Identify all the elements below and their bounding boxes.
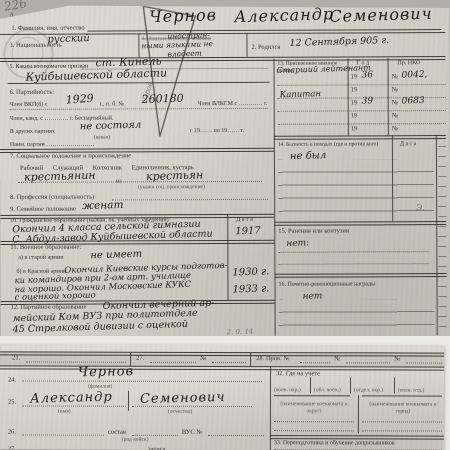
rule: [274, 430, 354, 431]
year-value: 39: [362, 96, 374, 106]
rule: [112, 199, 268, 201]
field28-label: 28. Пров. №: [256, 355, 289, 363]
field1-label: 1. Фамилия, имя, отчество: [11, 25, 84, 33]
scanned-registration-card-page: 226 4 Пров. 1. Фамилия, имя, отчество Че…: [0, 0, 450, 450]
rule: [278, 110, 446, 112]
nationality-value: русский: [47, 33, 90, 45]
voenkomat-okrug-sublabel: (наименование военкомата и округ): [274, 401, 354, 414]
field6-line3-years-label: с 19…… по 19…… г.: [190, 128, 244, 135]
rule: [278, 84, 446, 86]
name-handwritten: Александр: [234, 4, 334, 26]
surname-handwritten: Чернов: [149, 5, 217, 26]
order-value: 0683: [402, 96, 425, 107]
field11a-label: а) в старой армии: [18, 255, 63, 262]
rule: [274, 135, 446, 140]
ruled-lines: [438, 137, 447, 333]
zapasa-label: запаса: [148, 446, 166, 450]
order-prefix: №: [392, 125, 398, 133]
rule: [362, 421, 442, 422]
year-prefix: 19: [351, 86, 358, 94]
year-prefix: 19: [351, 112, 358, 120]
field9-label: 9. Семейное положение: [10, 206, 76, 214]
rule: [250, 353, 251, 366]
field14-date-header: Д а т а: [400, 141, 417, 148]
rule: [278, 251, 428, 253]
uchet-col4-label: (воен. отд.): [398, 387, 424, 394]
field10-date-header: Д а т а: [236, 217, 253, 224]
number-sign: №: [334, 355, 340, 363]
field26-label: 26.: [8, 428, 16, 436]
field27b-label: 27.: [8, 445, 16, 450]
wounds-value: нет:: [286, 238, 309, 249]
field2-label: 2. Родился: [251, 44, 280, 52]
rule: [270, 435, 444, 439]
rule: [350, 377, 351, 393]
order-value: 0042,: [401, 70, 427, 81]
pencil-mark: Э.: [416, 203, 425, 212]
page-number-pencil: 226: [3, 0, 28, 14]
rule: [22, 434, 104, 435]
rule: [358, 395, 359, 433]
rule: [246, 33, 247, 57]
otherparties-value: не состоял: [80, 120, 142, 133]
party-number-value: 260180: [141, 92, 183, 106]
rule: [128, 391, 129, 411]
rule: [227, 214, 228, 240]
rule: [278, 123, 446, 125]
rule: [132, 435, 178, 436]
year-prefix: 19: [351, 99, 358, 107]
field6-otherparties-label: В других партиях: [10, 129, 55, 136]
rod-voysk-sublabel: (род войск): [122, 437, 149, 444]
number-sign: №: [394, 355, 400, 363]
rule: [300, 362, 330, 363]
rule: [150, 362, 196, 363]
order-prefix: №: [392, 112, 398, 120]
rule: [0, 56, 446, 62]
surname2-value: Чернов: [78, 364, 134, 380]
rule: [87, 29, 441, 32]
marital-status-value: женат: [82, 199, 124, 212]
field15-label: 15. Ранения или контузии: [278, 227, 349, 235]
languages-line3: владеет: [167, 49, 202, 59]
rule: [274, 221, 446, 226]
field32-label: 32. Где на учете: [276, 370, 320, 378]
field11-label: 11. Военное образование:: [10, 244, 81, 252]
rule: [22, 380, 262, 382]
rule: [310, 377, 311, 393]
ruled-lines: [279, 299, 435, 336]
main-card: Пров. 1. Фамилия, имя, отчество Чернов А…: [0, 1, 450, 339]
uchet-col2-label: (обл. воен.): [314, 387, 341, 394]
secondary-card: 21. 27. № 28. Пров. № № № 24. Чернов (фа…: [0, 344, 444, 450]
red-army-date1: 1930 г.: [232, 266, 269, 278]
order-prefix: №: [392, 86, 398, 94]
rule: [346, 362, 390, 363]
field33-label: 33. Переподготовка и обучение допризывни…: [274, 440, 395, 448]
order-prefix: №: [392, 99, 398, 107]
rule: [18, 181, 262, 183]
rule: [278, 263, 428, 265]
voenkomat-gorod-sublabel: (наименование военкомата и город): [364, 401, 442, 414]
rule: [406, 362, 442, 363]
ruled-lines: [278, 159, 434, 222]
field21-label: 21.: [12, 354, 20, 362]
rule: [22, 405, 126, 406]
rule: [274, 395, 350, 396]
rule: [138, 33, 139, 57]
rule: [227, 240, 228, 300]
field14-label: 14. Бытность в походах (где и против ког…: [278, 141, 378, 148]
order-prefix: №: [392, 73, 398, 81]
vus-label: ВУС №: [182, 429, 203, 437]
field7-label: 7. Социальное положение и происхождение: [10, 152, 131, 160]
red-army-date2: 1933 г.: [232, 283, 269, 295]
field24-label: 24.: [8, 376, 16, 384]
field6-kakaya-sublabel: (какая): [94, 135, 110, 142]
field7-sublabel: (укажи соц. происхождение): [138, 184, 205, 191]
field25-label: 25.: [8, 398, 16, 406]
year-prefix: 19: [351, 73, 358, 81]
party-year-value: 1929: [65, 92, 94, 107]
field27-label: 27.: [136, 355, 144, 363]
rule: [274, 59, 276, 336]
rule: [212, 362, 246, 363]
patronymic-sublabel: (отчество): [168, 409, 192, 416]
name2-value: Александр: [30, 390, 113, 407]
rule: [274, 421, 354, 422]
birthdate-value: 12 Сентября 905 г.: [289, 35, 389, 49]
uchet-col3-label: (отдел. окр.): [354, 387, 383, 394]
uchet-col1-label: (воен. окр.): [274, 387, 301, 394]
sostav-label: состав: [108, 429, 126, 437]
education-date: 1917: [235, 226, 261, 238]
rule: [362, 430, 442, 431]
field6-label: 6. Партийность:: [10, 89, 54, 97]
rule: [394, 377, 395, 393]
patronymic2-value: Семенович: [140, 390, 226, 407]
rule: [0, 365, 444, 370]
year-prefix: 19: [351, 125, 358, 133]
rule: [132, 406, 252, 407]
field16-label: 16. Почетно-революционные награды: [278, 281, 375, 289]
rule: [274, 273, 446, 278]
rule: [362, 395, 442, 396]
patronymic-handwritten: Семенович: [329, 4, 433, 26]
rule: [208, 435, 264, 436]
name-sublabel: (имя): [58, 409, 71, 416]
order-column-header: Пр. НКО: [398, 60, 421, 67]
old-army-value: не имеет: [90, 249, 142, 262]
number-sign: №: [200, 355, 206, 363]
